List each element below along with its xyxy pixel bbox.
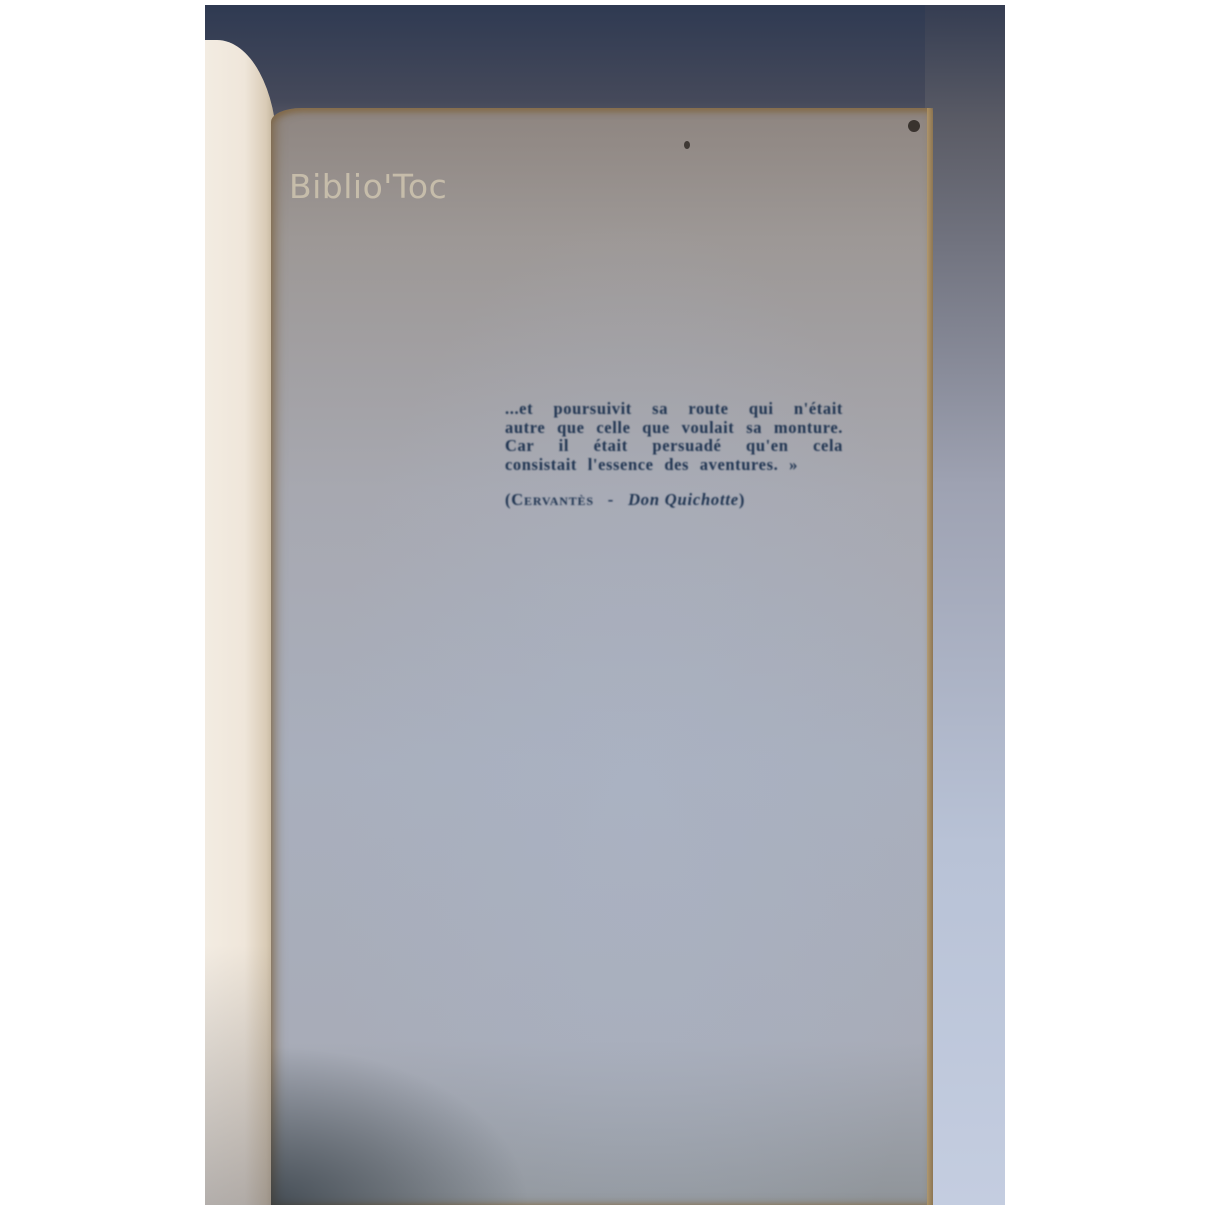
attribution-separator: - bbox=[608, 490, 614, 509]
paper-speck bbox=[684, 141, 690, 149]
attribution-close: ) bbox=[739, 490, 745, 509]
book-photo: Biblio'Toc ...et poursuivit sa route qui… bbox=[205, 5, 1005, 1205]
epigraph-attribution: (Cervantès-Don Quichotte) bbox=[505, 491, 843, 510]
epigraph-quote: ...et poursuivit sa route qui n'était au… bbox=[505, 400, 843, 474]
page-edge bbox=[927, 108, 933, 1205]
background-surface bbox=[925, 5, 1005, 1205]
book-page bbox=[271, 108, 933, 1205]
attribution-work: Don Quichotte bbox=[628, 490, 739, 509]
attribution-author: Cervantès bbox=[511, 490, 594, 509]
watermark-logo: Biblio'Toc bbox=[289, 167, 447, 206]
epigraph: ...et poursuivit sa route qui n'était au… bbox=[505, 400, 843, 510]
left-page-edge bbox=[205, 40, 277, 1205]
paper-speck bbox=[908, 120, 920, 132]
